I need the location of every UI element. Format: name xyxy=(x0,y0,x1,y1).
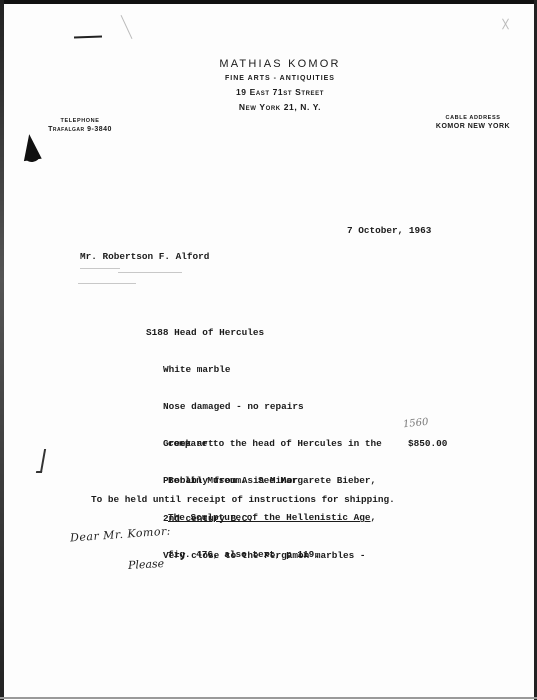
telephone-label: TELEPHONE xyxy=(40,117,120,125)
telephone-value: Trafalgar 9-3840 xyxy=(40,125,120,135)
letterhead-tagline: FINE ARTS - ANTIQUITIES xyxy=(190,72,370,85)
figure-reference: fig. 476, also text, p 119. xyxy=(168,549,382,561)
letterhead-name: MATHIAS KOMOR xyxy=(190,56,370,72)
item-comparison-line: compare to the head of Hercules in the xyxy=(168,438,382,450)
scan-border-left xyxy=(0,0,4,700)
scan-border-top xyxy=(0,0,537,4)
erased-address-line xyxy=(118,272,182,273)
erased-address-line xyxy=(80,268,120,269)
item-detail-line: White marble xyxy=(163,364,366,376)
letterhead-street: 19 East 71st Street xyxy=(190,85,370,100)
stray-mark xyxy=(121,15,133,39)
scan-border-bottom xyxy=(0,697,537,699)
book-reference-line: The Sculpture of the Hellenistic Age, xyxy=(168,512,382,524)
erased-address-line xyxy=(78,283,136,284)
letterhead: MATHIAS KOMOR FINE ARTS - ANTIQUITIES 19… xyxy=(190,56,370,115)
book-title: The Sculpture of the Hellenistic Age xyxy=(168,512,371,523)
pen-dash-mark xyxy=(74,36,102,39)
telephone-block: TELEPHONE Trafalgar 9-3840 xyxy=(40,117,120,135)
item-price: $850.00 xyxy=(408,438,447,450)
item-header: S188 Head of Hercules xyxy=(146,327,264,339)
shipping-instruction: To be held until receipt of instructions… xyxy=(91,494,395,506)
letter-page: MATHIAS KOMOR FINE ARTS - ANTIQUITIES 19… xyxy=(0,0,537,700)
handwritten-salutation: Dear Mr. Komor: xyxy=(70,524,172,544)
margin-bracket-mark xyxy=(36,449,46,473)
cable-value: KOMOR NEW YORK xyxy=(428,122,518,132)
item-comparison-line: Berlin Museum. See Margarete Bieber, xyxy=(168,475,382,487)
ink-blot-mark xyxy=(20,133,41,161)
letterhead-city: New York 21, N. Y. xyxy=(190,100,370,115)
recipient-name: Mr. Robertson F. Alford xyxy=(80,251,209,263)
book-title-suffix: , xyxy=(371,512,377,523)
letter-date: 7 October, 1963 xyxy=(347,225,431,237)
handwritten-word: Please xyxy=(128,557,165,572)
item-detail-line: Nose damaged - no repairs xyxy=(163,401,366,413)
cable-label: CABLE ADDRESS xyxy=(428,114,518,122)
cable-address-block: CABLE ADDRESS KOMOR NEW YORK xyxy=(428,114,518,132)
pencil-note: 1560 xyxy=(402,417,428,431)
